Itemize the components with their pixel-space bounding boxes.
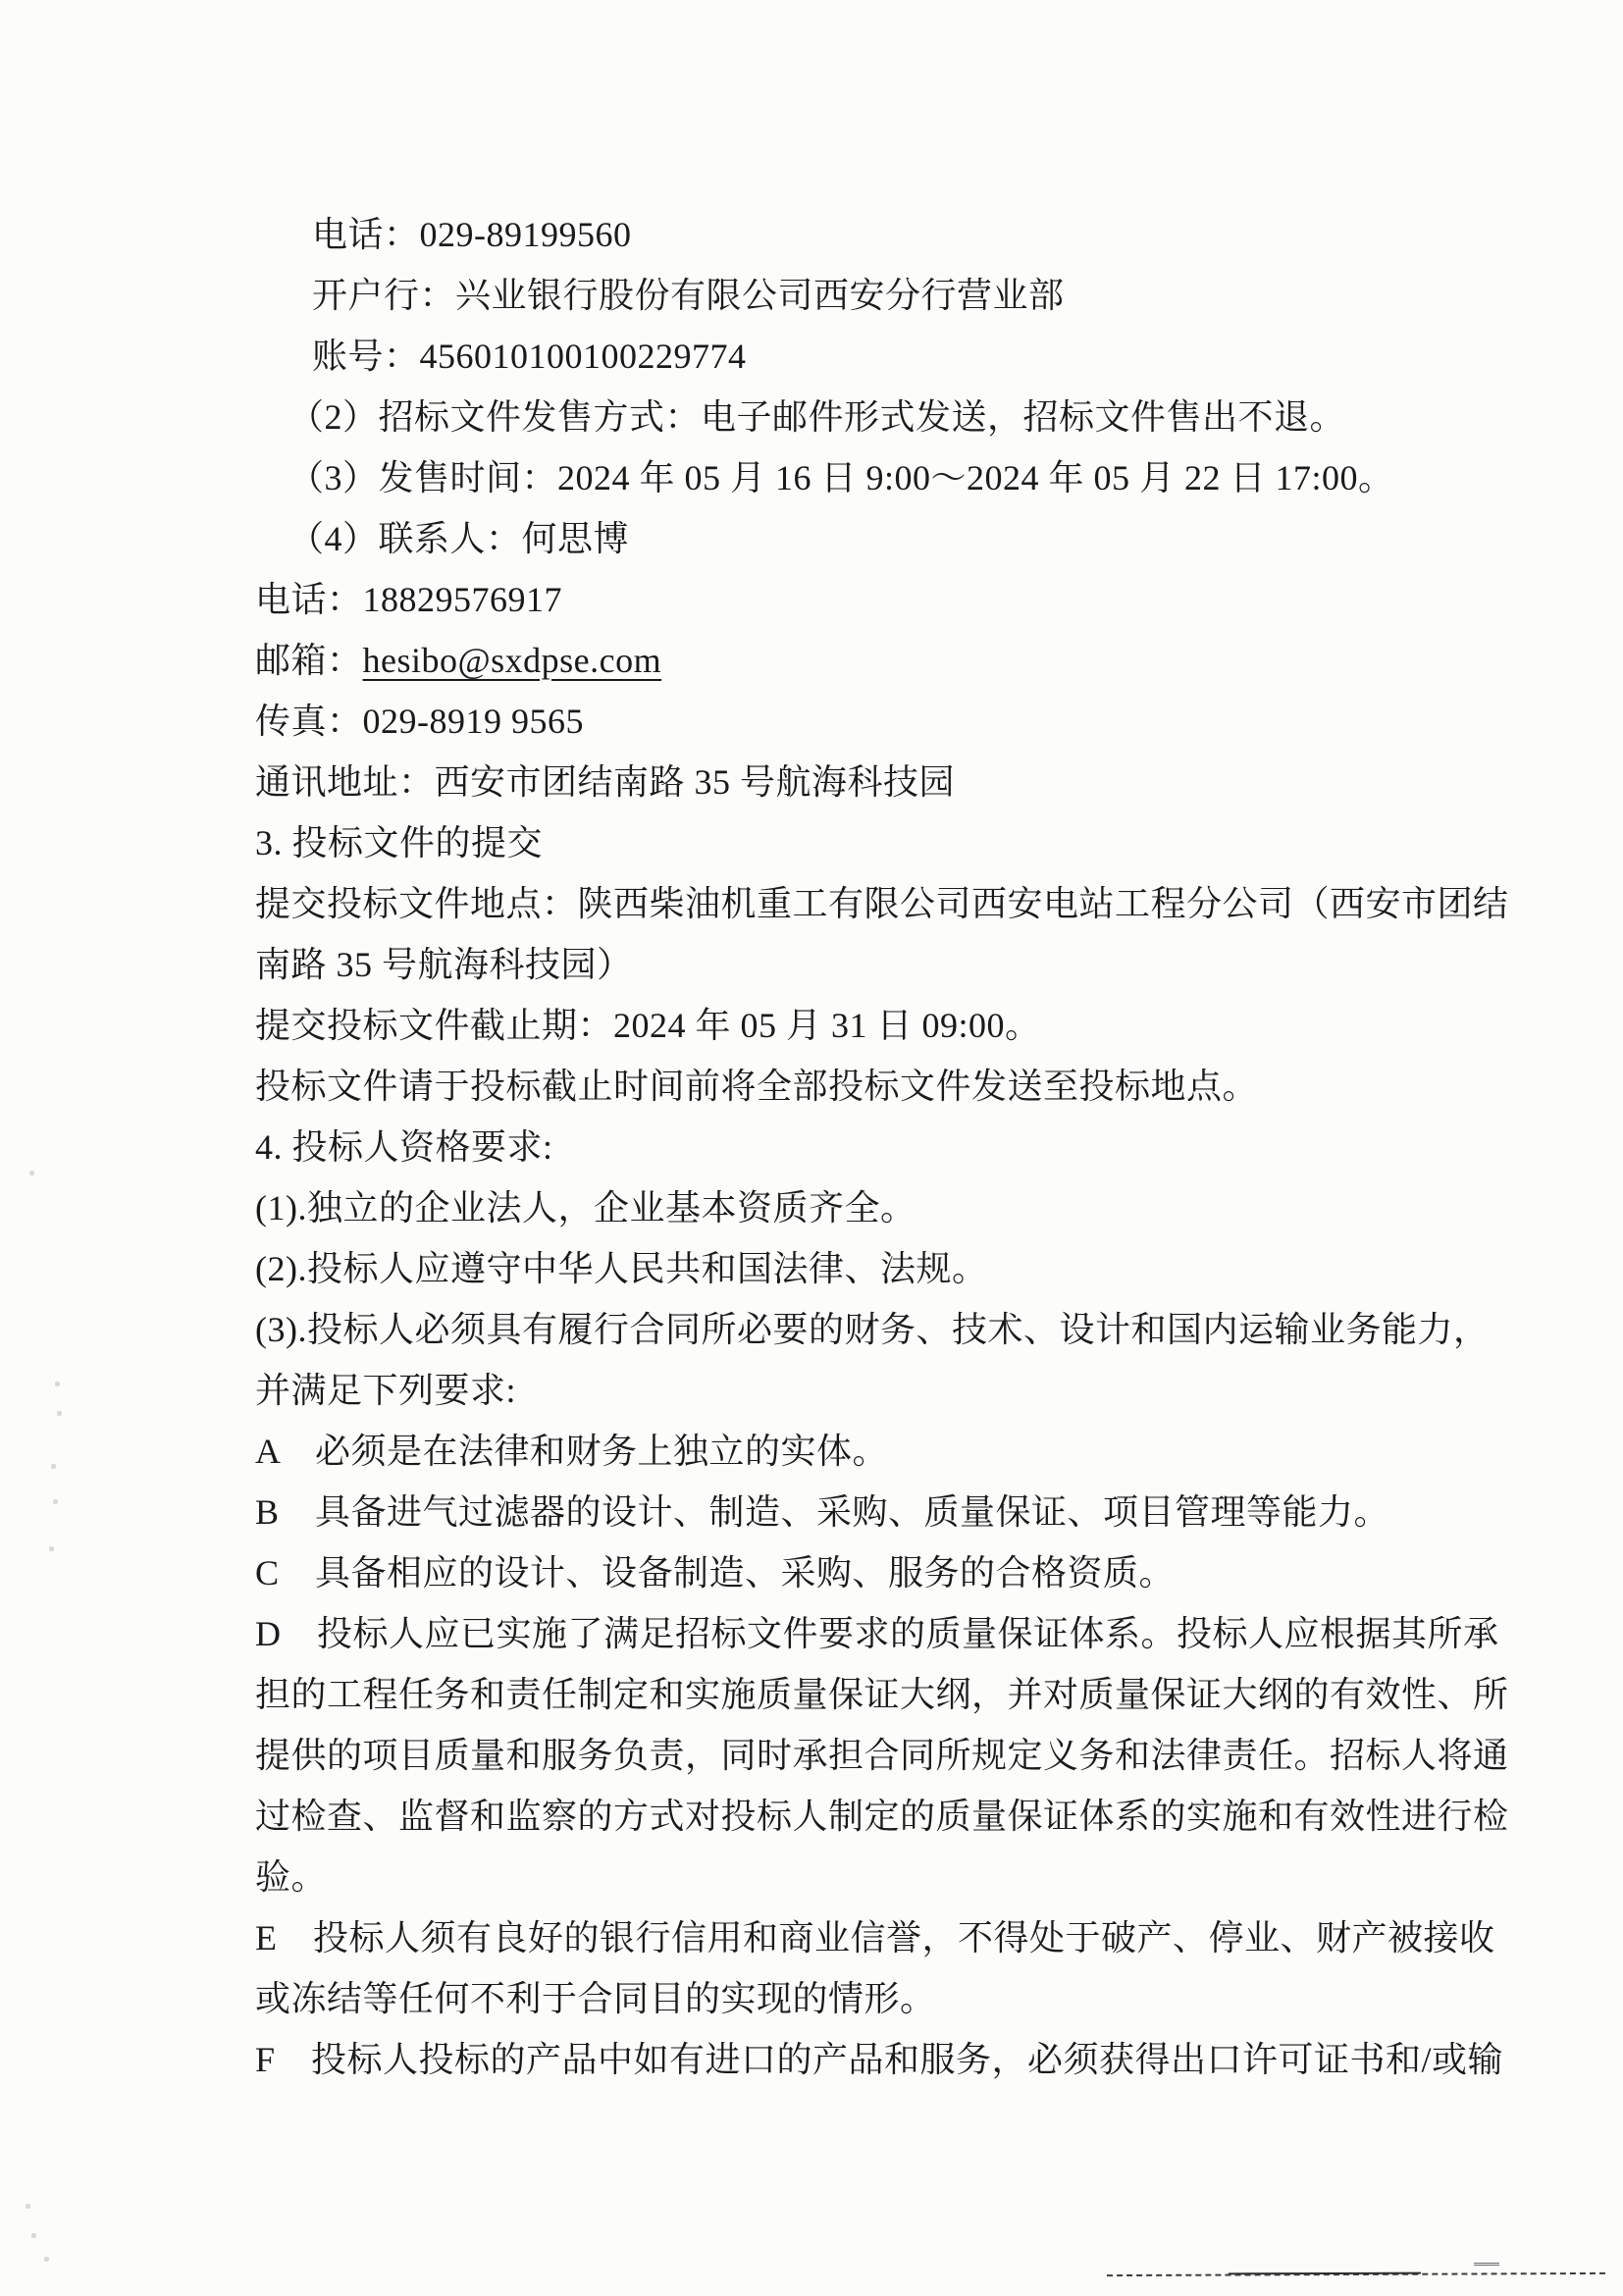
document-body: 电话：029-89199560开户行：兴业银行股份有限公司西安分行营业部账号：4… (255, 204, 1492, 2090)
document-line-13: 南路 35 号航海科技园） (255, 934, 1492, 995)
scan-speck (55, 1382, 60, 1386)
document-line-10: 通讯地址：西安市团结南路 35 号航海科技园 (255, 752, 1492, 812)
scan-speck (51, 1464, 56, 1469)
scan-speck (26, 2204, 30, 2209)
document-line-12: 提交投标文件地点：陕西柴油机重工有限公司西安电站工程分公司（西安市团结 (255, 873, 1492, 934)
scan-artifact-tick (1474, 2263, 1499, 2266)
scan-speck (57, 1411, 62, 1416)
document-line-16: 4. 投标人资格要求: (255, 1117, 1492, 1177)
document-line-11: 3. 投标文件的提交 (255, 812, 1492, 873)
document-line-18: (2).投标人应遵守中华人民共和国法律、法规。 (255, 1238, 1492, 1299)
document-line-9: 传真：029-8919 9565 (255, 691, 1492, 752)
document-line-22: B 具备进气过滤器的设计、制造、采购、质量保证、项目管理等能力。 (255, 1482, 1492, 1542)
document-line-27: 过检查、监督和监察的方式对投标人制定的质量保证体系的实施和有效性进行检 (255, 1786, 1492, 1847)
document-line-14: 提交投标文件截止期：2024 年 05 月 31 日 09:00。 (255, 995, 1492, 1056)
document-line-7: 电话：18829576917 (255, 569, 1492, 630)
document-line-25: 担的工程任务和责任制定和实施质量保证大纲，并对质量保证大纲的有效性、所 (255, 1664, 1492, 1725)
document-line-4: （2）招标文件发售方式：电子邮件形式发送，招标文件售出不退。 (255, 387, 1492, 447)
document-line-2: 开户行：兴业银行股份有限公司西安分行营业部 (255, 265, 1492, 326)
document-line-24: D 投标人应已实施了满足招标文件要求的质量保证体系。投标人应根据其所承 (255, 1603, 1492, 1664)
document-line-1: 电话：029-89199560 (255, 204, 1492, 265)
document-line-5: （3）发售时间：2024 年 05 月 16 日 9:00～2024 年 05 … (255, 447, 1492, 508)
scan-speck (53, 1499, 58, 1504)
document-line-20: 并满足下列要求: (255, 1360, 1492, 1421)
document-line-17: (1).独立的企业法人，企业基本资质齐全。 (255, 1177, 1492, 1238)
scan-speck (44, 2257, 49, 2262)
document-line-19: (3).投标人必须具有履行合同所必要的财务、技术、设计和国内运输业务能力， (255, 1299, 1492, 1360)
document-line-6: （4）联系人：何思博 (255, 508, 1492, 569)
email-text: hesibo@sxdpse.com (363, 641, 662, 680)
scan-speck (31, 2233, 36, 2238)
document-line-15: 投标文件请于投标截止时间前将全部投标文件发送至投标地点。 (255, 1056, 1492, 1117)
line-text: 邮箱： (255, 641, 363, 680)
document-line-28: 验。 (255, 1847, 1492, 1907)
document-line-8: 邮箱：hesibo@sxdpse.com (255, 630, 1492, 691)
scan-speck (49, 1546, 54, 1551)
document-line-30: 或冻结等任何不利于合同目的实现的情形。 (255, 1968, 1492, 2029)
document-line-31: F 投标人投标的产品中如有进口的产品和服务，必须获得出口许可证书和/或输 (255, 2029, 1492, 2090)
document-line-3: 账号：456010100100229774 (255, 326, 1492, 387)
document-line-23: C 具备相应的设计、设备制造、采购、服务的合格资质。 (255, 1542, 1492, 1603)
document-line-26: 提供的项目质量和服务负责，同时承担合同所规定义务和法律责任。招标人将通 (255, 1725, 1492, 1786)
document-line-21: A 必须是在法律和财务上独立的实体。 (255, 1421, 1492, 1482)
scan-speck (29, 1171, 34, 1175)
document-page: 电话：029-89199560开户行：兴业银行股份有限公司西安分行营业部账号：4… (0, 0, 1623, 2296)
document-line-29: E 投标人须有良好的银行信用和商业信誉，不得处于破产、停业、财产被接收 (255, 1907, 1492, 1968)
